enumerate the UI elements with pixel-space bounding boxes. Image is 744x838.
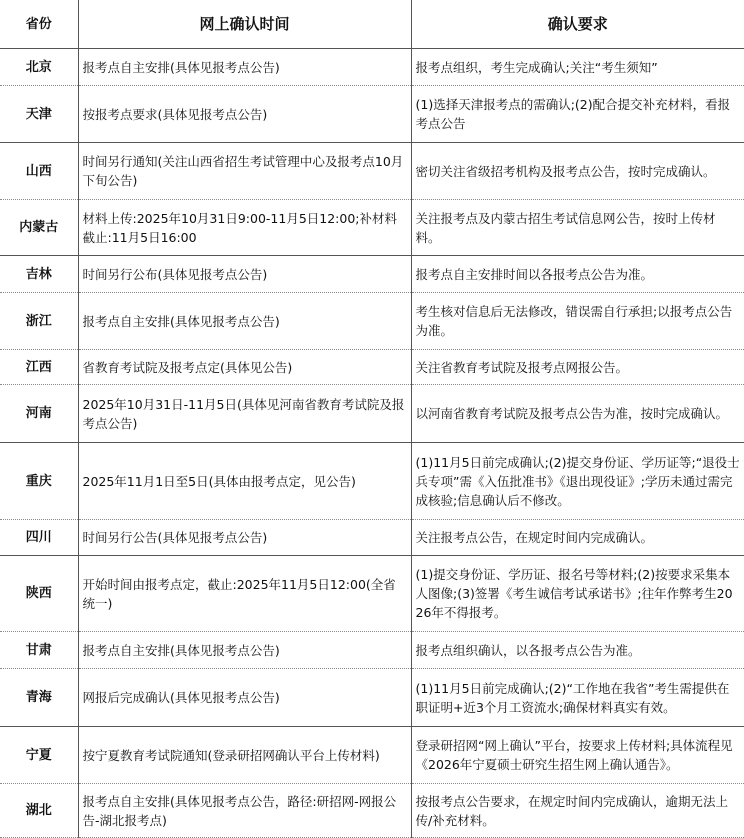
requirements-cell: 按报考点公告要求，在规定时间内完成确认，逾期无法上传/补充材料。 (411, 784, 744, 838)
requirements-cell: 关注报考点公告，在规定时间内完成确认。 (411, 520, 744, 556)
province-cell: 浙江 (0, 293, 78, 350)
province-cell: 陕西 (0, 556, 78, 632)
province-cell: 内蒙古 (0, 200, 78, 256)
table-row: 山西时间另行通知(关注山西省招生考试管理中心及报考点10月下旬公告)密切关注省级… (0, 143, 744, 200)
online-time-cell: 按宁夏教育考试院通知(登录研招网确认平台上传材料) (78, 727, 411, 784)
online-time-cell: 报考点自主安排(具体见报考点公告，路径:研招网-网报公告-湖北报考点) (78, 784, 411, 838)
header-province: 省份 (0, 0, 78, 49)
online-time-cell: 时间另行公布(具体见报考点公告) (78, 256, 411, 293)
requirements-cell: 考生核对信息后无法修改，错误需自行承担;以报考点公告为准。 (411, 293, 744, 350)
table-row: 四川时间另行公告(具体见报考点公告)关注报考点公告，在规定时间内完成确认。 (0, 520, 744, 556)
table-row: 江西省教育考试院及报考点定(具体见公告)关注省教育考试院及报考点网报公告。 (0, 350, 744, 385)
online-time-cell: 报考点自主安排(具体见报考点公告) (78, 49, 411, 86)
table-row: 吉林时间另行公布(具体见报考点公告)报考点自主安排时间以各报考点公告为准。 (0, 256, 744, 293)
online-time-cell: 2025年10月31日-11月5日(具体见河南省教育考试院及报考点公告) (78, 385, 411, 443)
table-row: 河南2025年10月31日-11月5日(具体见河南省教育考试院及报考点公告)以河… (0, 385, 744, 443)
requirements-cell: (1)提交身份证、学历证、报名号等材料;(2)按要求采集本人图像;(3)签署《考… (411, 556, 744, 632)
online-time-cell: 2025年11月1日至5日(具体由报考点定，见公告) (78, 443, 411, 520)
province-cell: 重庆 (0, 443, 78, 520)
province-cell: 青海 (0, 669, 78, 727)
header-requirements: 确认要求 (411, 0, 744, 49)
table-header-row: 省份 网上确认时间 确认要求 (0, 0, 744, 49)
online-time-cell: 网报后完成确认(具体见报考点公告) (78, 669, 411, 727)
requirements-cell: 报考点组织确认，以各报考点公告为准。 (411, 632, 744, 669)
province-cell: 甘肃 (0, 632, 78, 669)
table-row: 陕西开始时间由报考点定，截止:2025年11月5日12:00(全省统一)(1)提… (0, 556, 744, 632)
requirements-cell: 报考点自主安排时间以各报考点公告为准。 (411, 256, 744, 293)
online-time-cell: 报考点自主安排(具体见报考点公告) (78, 293, 411, 350)
table-row: 浙江报考点自主安排(具体见报考点公告)考生核对信息后无法修改，错误需自行承担;以… (0, 293, 744, 350)
online-time-cell: 省教育考试院及报考点定(具体见公告) (78, 350, 411, 385)
table-row: 重庆2025年11月1日至5日(具体由报考点定，见公告)(1)11月5日前完成确… (0, 443, 744, 520)
province-cell: 天津 (0, 86, 78, 143)
province-cell: 湖北 (0, 784, 78, 838)
requirements-cell: 以河南省教育考试院及报考点公告为准，按时完成确认。 (411, 385, 744, 443)
province-cell: 宁夏 (0, 727, 78, 784)
table-row: 宁夏按宁夏教育考试院通知(登录研招网确认平台上传材料)登录研招网“网上确认”平台… (0, 727, 744, 784)
province-cell: 吉林 (0, 256, 78, 293)
province-cell: 河南 (0, 385, 78, 443)
online-time-cell: 按报考点要求(具体见报考点公告) (78, 86, 411, 143)
province-cell: 江西 (0, 350, 78, 385)
requirements-cell: 登录研招网“网上确认”平台，按要求上传材料;具体流程见《2026年宁夏硕士研究生… (411, 727, 744, 784)
confirmation-schedule-table: 省份 网上确认时间 确认要求 北京报考点自主安排(具体见报考点公告)报考点组织，… (0, 0, 744, 838)
online-time-cell: 时间另行公告(具体见报考点公告) (78, 520, 411, 556)
table-row: 甘肃报考点自主安排(具体见报考点公告)报考点组织确认，以各报考点公告为准。 (0, 632, 744, 669)
table-row: 内蒙古材料上传:2025年10月31日9:00-11月5日12:00;补材料截止… (0, 200, 744, 256)
header-online-time: 网上确认时间 (78, 0, 411, 49)
requirements-cell: 报考点组织，考生完成确认;关注“考生须知” (411, 49, 744, 86)
table-row: 天津按报考点要求(具体见报考点公告)(1)选择天津报考点的需确认;(2)配合提交… (0, 86, 744, 143)
online-time-cell: 材料上传:2025年10月31日9:00-11月5日12:00;补材料截止:11… (78, 200, 411, 256)
requirements-cell: (1)11月5日前完成确认;(2)“工作地在我省”考生需提供在职证明+近3个月工… (411, 669, 744, 727)
requirements-cell: (1)11月5日前完成确认;(2)提交身份证、学历证等;“退役士兵专项”需《入伍… (411, 443, 744, 520)
online-time-cell: 时间另行通知(关注山西省招生考试管理中心及报考点10月下旬公告) (78, 143, 411, 200)
requirements-cell: 关注省教育考试院及报考点网报公告。 (411, 350, 744, 385)
table-row: 湖北报考点自主安排(具体见报考点公告，路径:研招网-网报公告-湖北报考点)按报考… (0, 784, 744, 838)
requirements-cell: 密切关注省级招考机构及报考点公告，按时完成确认。 (411, 143, 744, 200)
online-time-cell: 开始时间由报考点定，截止:2025年11月5日12:00(全省统一) (78, 556, 411, 632)
province-cell: 四川 (0, 520, 78, 556)
table-row: 北京报考点自主安排(具体见报考点公告)报考点组织，考生完成确认;关注“考生须知” (0, 49, 744, 86)
requirements-cell: 关注报考点及内蒙古招生考试信息网公告，按时上传材料。 (411, 200, 744, 256)
province-cell: 北京 (0, 49, 78, 86)
requirements-cell: (1)选择天津报考点的需确认;(2)配合提交补充材料，看报考点公告 (411, 86, 744, 143)
province-cell: 山西 (0, 143, 78, 200)
table-row: 青海网报后完成确认(具体见报考点公告)(1)11月5日前完成确认;(2)“工作地… (0, 669, 744, 727)
online-time-cell: 报考点自主安排(具体见报考点公告) (78, 632, 411, 669)
